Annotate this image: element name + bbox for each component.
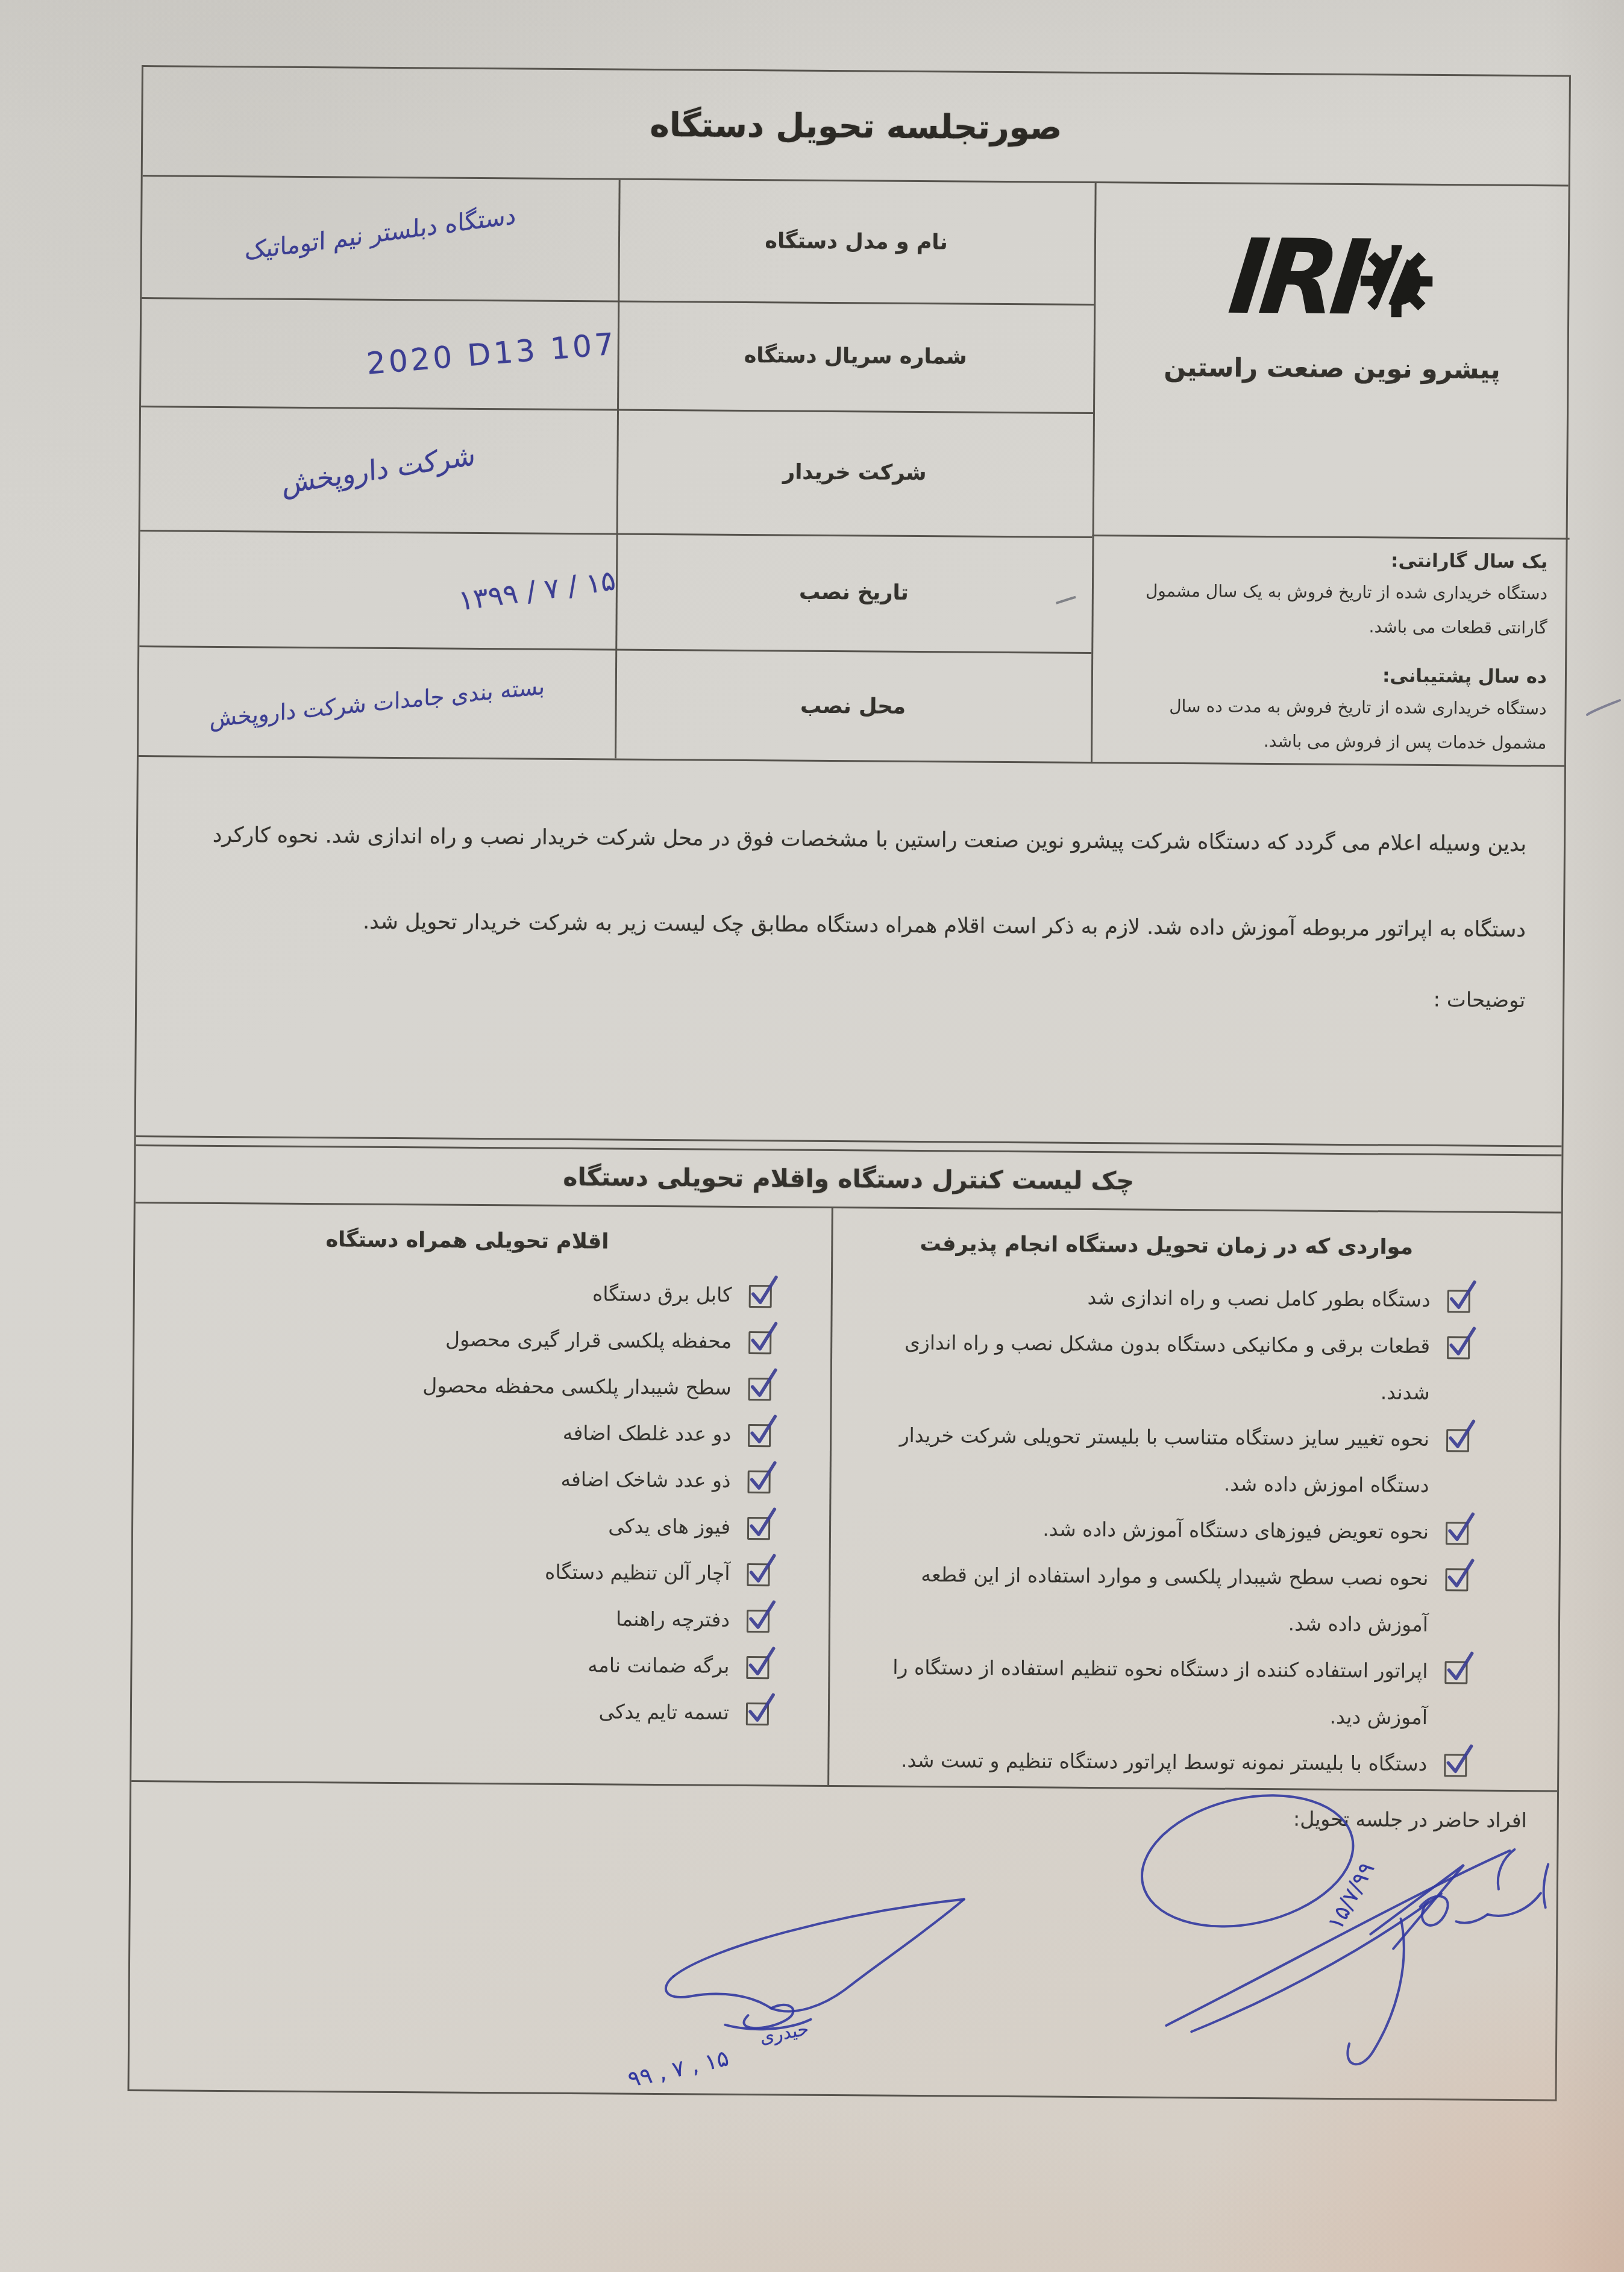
checkmark-icon (735, 1317, 778, 1358)
value-serial-number: 2020 D13 107 (141, 297, 660, 409)
label-install-place: محل نصب (615, 649, 1091, 764)
checklist-item: نحوه تعویض فیوزهای دستگاه آموزش داده شد. (861, 1504, 1469, 1555)
checklist-title: چک لیست کنترل دستگاه واقلام تحویلی دستگا… (563, 1163, 1134, 1196)
value-install-place: بسته بندی جامدات شرکت داروپخش (139, 645, 615, 761)
checkbox-checked (748, 1424, 771, 1447)
value-install-date: ۱۵ / ۷ / ۱۳۹۹ (139, 530, 670, 649)
checkbox-checked (1447, 1336, 1470, 1359)
checklist-item: تسمه تایم یدکی (159, 1685, 770, 1736)
form-title-row: صورتجلسه تحویل دستگاه (143, 67, 1569, 187)
checklist-item: نحوه نصب سطح شیبدار پلکسی و موارد استفاد… (860, 1551, 1469, 1648)
checklist-delivered-column: اقلام تحویلی همراه دستگاه کابل برق دستگا… (131, 1203, 830, 1785)
checklist-item: دستگاه بطور کامل نصب و راه اندازی شد (862, 1272, 1471, 1323)
checklist-item: محفظه پلکسی قرار گیری محصول (161, 1314, 772, 1364)
warranty-cell: یک سال گارانتی: دستگاه خریداری شده از تا… (1091, 538, 1570, 767)
handwritten-install-date: ۱۵ / ۷ / ۱۳۹۹ (456, 563, 617, 617)
checkbox-checked (748, 1331, 771, 1354)
checklist-item-label: نحوه تعویض فیوزهای دستگاه آموزش داده شد. (1042, 1505, 1429, 1554)
checkmark-icon (732, 1642, 776, 1683)
checklist-item: کابل برق دستگاه (162, 1267, 773, 1318)
checkbox-checked (746, 1656, 769, 1679)
checkbox-checked (747, 1470, 770, 1493)
checklist-item: نحوه تغییر سایز دستگاه متناسب با بلیستر … (861, 1411, 1469, 1508)
checkmark-icon (1434, 1276, 1477, 1316)
delivery-form: صورتجلسه تحویل دستگاه نام و مدل دستگاه ش… (128, 65, 1571, 2101)
checklist-item-label: دفترچه راهنما (616, 1596, 730, 1643)
label-buyer-company: شرکت خریدار (616, 409, 1093, 537)
performed-items: دستگاه بطور کامل نصب و راه اندازی شد قطع… (859, 1272, 1470, 1787)
value-device-name: دستگاه دبلستر نیم اتوماتیک (142, 177, 618, 301)
delivered-header: اقلام تحویلی همراه دستگاه (162, 1226, 772, 1255)
checklist-item: ذو عدد شاخک اضافه (160, 1453, 771, 1504)
checkmark-icon (1431, 1647, 1474, 1687)
checkmark-icon (733, 1503, 777, 1543)
company-cell: IRI (1093, 183, 1572, 540)
checklist-item-label: قطعات برقی و مکانیکی دستگاه بدون مشکل نص… (861, 1319, 1430, 1416)
checklist-item-label: تسمه تایم یدکی (598, 1688, 729, 1736)
checkbox-checked (1444, 1661, 1467, 1684)
checkbox-checked (749, 1285, 772, 1308)
checkmark-icon (1430, 1740, 1473, 1780)
checklist-item-label: دستگاه با بلیستر نمونه توسط اپراتور دستگ… (901, 1737, 1428, 1787)
handwritten-buyer-company: شرکت داروپخش (281, 438, 475, 500)
support-title: ده سال پشتیبانی: (1109, 663, 1547, 688)
value-buyer-company: شرکت داروپخش (140, 406, 617, 533)
checklist-item-label: آچار آلن تنظیم دستگاه (545, 1549, 730, 1596)
checklist-item-label: فیوز های یدکی (608, 1502, 730, 1549)
checklist-item: آچار آلن تنظیم دستگاه (160, 1546, 770, 1596)
statement-section: بدین وسیله اعلام می گردد که دستگاه شرکت … (136, 757, 1564, 1146)
checkbox-checked (747, 1563, 770, 1586)
checkmark-icon (732, 1689, 776, 1729)
form-title: صورتجلسه تحویل دستگاه (650, 105, 1062, 146)
checkmark-icon (734, 1410, 777, 1451)
checklist-item-label: محفظه پلکسی قرار گیری محصول (445, 1316, 732, 1364)
handwritten-device-name: دستگاه دبلستر نیم اتوماتیک (245, 201, 516, 266)
checklist-item: دستگاه با بلیستر نمونه توسط اپراتور دستگ… (859, 1736, 1467, 1787)
checklist-item-label: سطح شیبدار پلکسی محفظه محصول (422, 1362, 732, 1411)
signature-section: افراد حاضر در جلسه تحویل: (130, 1782, 1558, 2100)
checklist-performed-column: مواردی که در زمان تحویل دستگاه انجام پذی… (826, 1208, 1561, 1790)
checklist-item: اپراتور استفاده کننده از دستگاه نحوه تنظ… (859, 1643, 1468, 1740)
checklist-section: مواردی که در زمان تحویل دستگاه انجام پذی… (131, 1203, 1561, 1792)
checklist-item: سطح شیبدار پلکسی محفظه محصول (161, 1360, 771, 1411)
company-logo: IRI (1230, 227, 1436, 329)
company-logo-monogram: IRI (1224, 225, 1368, 330)
checkbox-checked (1447, 1290, 1470, 1313)
checkbox-checked (1446, 1429, 1469, 1452)
checkbox-checked (1446, 1522, 1469, 1545)
scanned-delivery-form-photo: صورتجلسه تحویل دستگاه نام و مدل دستگاه ش… (0, 0, 1624, 2272)
checkbox-checked (748, 1378, 771, 1401)
gear-icon (1358, 242, 1435, 320)
checklist-item-label: دو عدد غلطک اضافه (563, 1410, 732, 1457)
signature-strokes (130, 1782, 1561, 2100)
checklist-title-row: چک لیست کنترل دستگاه واقلام تحویلی دستگا… (136, 1146, 1562, 1214)
label-serial-number: شماره سریال دستگاه (617, 301, 1094, 413)
checklist-item-label: اپراتور استفاده کننده از دستگاه نحوه تنظ… (859, 1643, 1428, 1740)
warranty-body: دستگاه خریداری شده از تاریخ فروش به یک س… (1109, 573, 1547, 645)
label-device-name: نام و مدل دستگاه (618, 180, 1094, 304)
checkbox-checked (1444, 1754, 1467, 1777)
checkmark-icon (735, 1271, 779, 1311)
handwritten-install-place: بسته بندی جامدات شرکت داروپخش (209, 673, 545, 732)
checkbox-checked (746, 1702, 769, 1725)
checklist-item-label: برگه ضمانت نامه (588, 1642, 730, 1689)
checklist-item: دفترچه راهنما (160, 1592, 770, 1643)
warranty-title: یک سال گارانتی: (1110, 548, 1547, 573)
device-info-table: نام و مدل دستگاه شماره سریال دستگاه شرکت… (139, 177, 1569, 767)
checkmark-icon (1431, 1554, 1475, 1595)
checkmark-icon (1432, 1508, 1475, 1548)
delivered-items: کابل برق دستگاه محفظه پلکسی قرار گیری مح… (159, 1267, 772, 1736)
checklist-item-label: ذو عدد شاخک اضافه (560, 1456, 731, 1504)
handwritten-serial-number: 2020 D13 107 (365, 326, 618, 381)
checkbox-checked (747, 1517, 770, 1540)
checklist-item: فیوز های یدکی (160, 1499, 771, 1550)
statement-text: بدین وسیله اعلام می گردد که دستگاه شرکت … (175, 792, 1527, 973)
support-body: دستگاه خریداری شده از تاریخ فروش به مدت … (1109, 688, 1547, 761)
checkbox-checked (747, 1610, 770, 1633)
checkmark-icon (1433, 1322, 1476, 1363)
checkmark-icon (733, 1549, 776, 1590)
checklist-item-label: کابل برق دستگاه (592, 1270, 732, 1318)
checklist-item: دو عدد غلطک اضافه (161, 1407, 771, 1457)
checkmark-icon (1432, 1415, 1476, 1455)
checkmark-icon (733, 1457, 777, 1497)
company-name: پیشرو نوین صنعت راستین (1164, 353, 1500, 385)
checklist-item-label: نحوه نصب سطح شیبدار پلکسی و موارد استفاد… (860, 1551, 1429, 1648)
checklist-item-label: نحوه تغییر سایز دستگاه متناسب با بلیستر … (861, 1411, 1429, 1508)
performed-header: مواردی که در زمان تحویل دستگاه انجام پذی… (862, 1231, 1470, 1260)
checklist-item-label: دستگاه بطور کامل نصب و راه اندازی شد (1087, 1274, 1431, 1323)
checklist-item: برگه ضمانت نامه (159, 1639, 770, 1689)
label-install-date: تاریخ نصب (615, 533, 1092, 653)
stray-edge-pen-mark (1573, 675, 1624, 771)
notes-label: توضیحات : (174, 979, 1525, 1012)
checkmark-icon (733, 1596, 776, 1636)
checklist-item: قطعات برقی و مکانیکی دستگاه بدون مشکل نص… (861, 1319, 1470, 1416)
checkbox-checked (1445, 1568, 1468, 1591)
checkmark-icon (735, 1364, 778, 1404)
